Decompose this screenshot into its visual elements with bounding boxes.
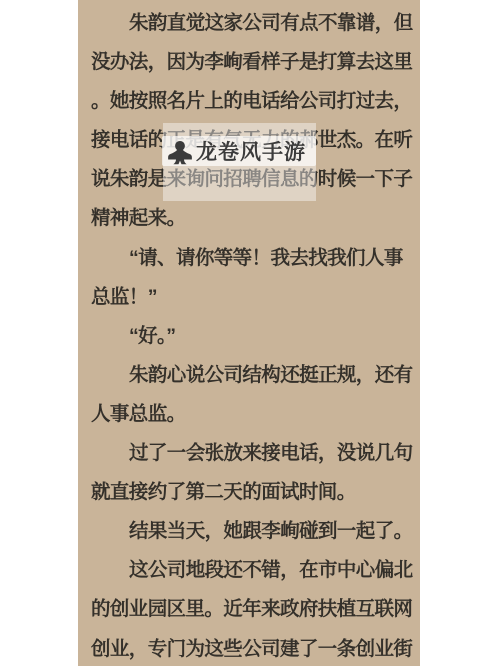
text-line: “请、请你等等！我去找我们人事 <box>91 239 406 278</box>
text-line: 过了一会张放来接电话，没说几句 <box>91 434 406 473</box>
text-line: 。她按照名片上的电话给公司打过去， <box>91 82 406 121</box>
novel-text-column: 朱韵直觉这家公司有点不靠谱，但没办法，因为李峋看样子是打算去这里。她按照名片上的… <box>78 0 420 666</box>
text-line: “好。” <box>91 317 406 356</box>
text-line: 精神起来。 <box>91 199 406 238</box>
text-line: 就直接约了第二天的面试时间。 <box>91 473 406 512</box>
meeple-icon <box>167 140 193 165</box>
text-line: 朱韵心说公司结构还挺正规，还有 <box>91 356 406 395</box>
text-line: 的创业园区里。近年来政府扶植互联网 <box>91 590 406 629</box>
text-line: 结果当天，她跟李峋碰到一起了。 <box>91 512 406 551</box>
text-line: 总监！” <box>91 278 406 317</box>
text-line: 这公司地段还不错，在市中心偏北 <box>91 551 406 590</box>
text-line: 没办法，因为李峋看样子是打算去这里 <box>91 43 406 82</box>
watermark: 龙卷风手游 <box>162 136 316 166</box>
text-line: 人事总监。 <box>91 395 406 434</box>
text-line: 朱韵直觉这家公司有点不靠谱，但 <box>91 4 406 43</box>
reader-page: 朱韵直觉这家公司有点不靠谱，但没办法，因为李峋看样子是打算去这里。她按照名片上的… <box>0 0 500 666</box>
watermark-label: 龙卷风手游 <box>196 136 306 166</box>
text-line: 创业，专门为这些公司建了一条创业街 <box>91 630 406 666</box>
